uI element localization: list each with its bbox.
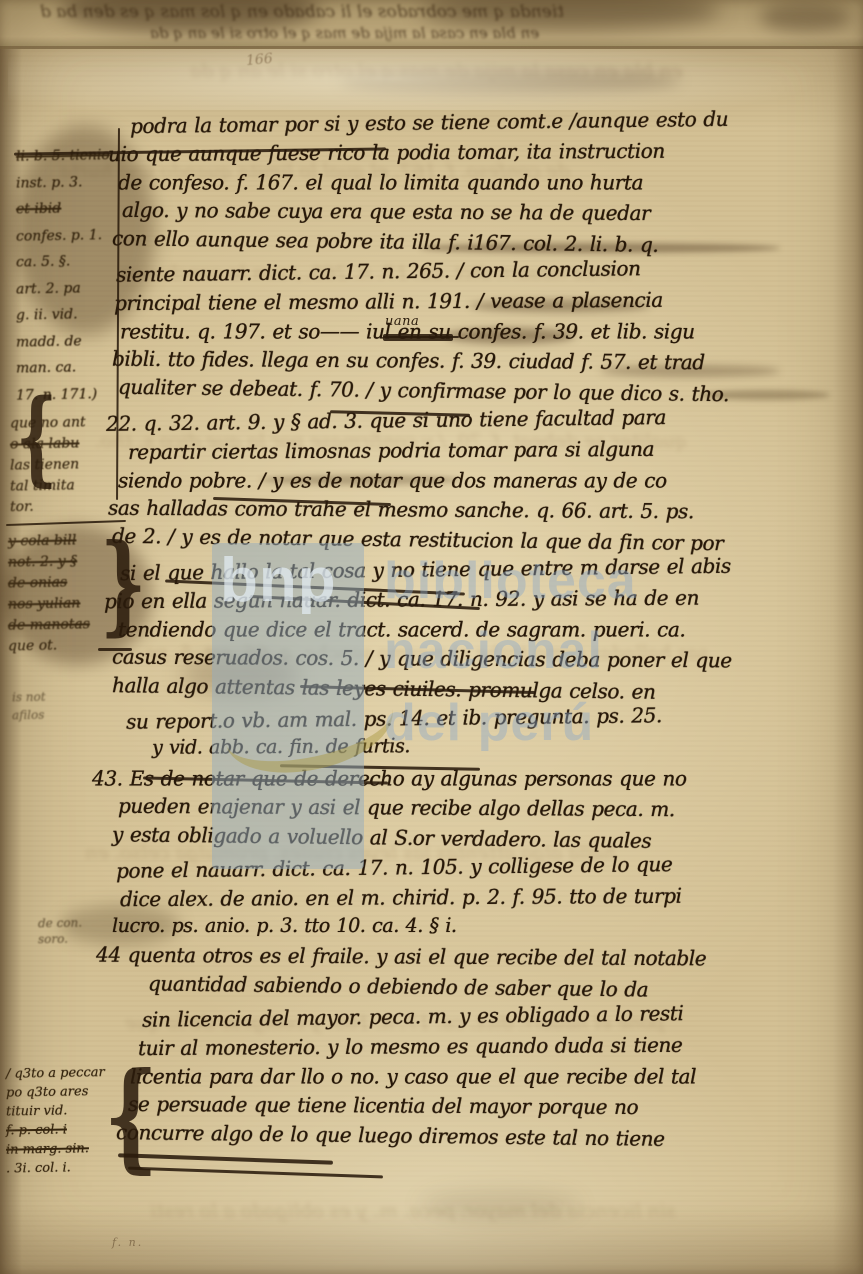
folio-number: 166: [245, 51, 273, 69]
margin-note-line: is not: [12, 690, 46, 705]
margin-note-line: art. 2. pa: [16, 280, 81, 297]
manuscript-line: se persuade que tiene licentia del mayor…: [128, 1091, 638, 1119]
manuscript-page: de confeso. f. 167. el qual lo limita qu…: [0, 0, 863, 1274]
ink-rule-stroke: [98, 648, 132, 651]
manuscript-line: sas halladas como trahe el mesmo sanche.…: [108, 495, 694, 524]
manuscript-line: repartir ciertas limosnas podria tomar p…: [128, 436, 654, 464]
manuscript-line: 44 quenta otros es el fraile. y asi el q…: [96, 942, 706, 971]
margin-note-line: po q3to ares: [6, 1084, 89, 1100]
bottom-marginal-mark: f. n.: [112, 1236, 143, 1249]
margin-note-line: que ot.: [8, 638, 57, 655]
manuscript-line: de confeso. f. 167. el qual lo limita qu…: [118, 169, 643, 194]
manuscript-line: lucro. ps. anio. p. 3. tto 10. ca. 4. § …: [112, 914, 457, 937]
manuscript-line: licentia para dar llo o no. y caso que e…: [130, 1063, 696, 1088]
margin-note-line: ca. 5. §.: [16, 254, 71, 271]
manuscript-line: casus reseruados. cos. 5. / y que dilige…: [112, 644, 732, 673]
manuscript-line: y vid. abb. ca. fin. de furtis.: [152, 735, 410, 759]
paper-clean-band: [8, 48, 855, 110]
ink-stain: [420, 1190, 580, 1220]
bleedthrough-text: tienda q me cobrados el li cabado en q l…: [40, 2, 564, 22]
margin-note-line: afilos: [12, 708, 45, 723]
interlinear-note: uana: [385, 314, 419, 329]
margin-note-line: tor.: [10, 499, 34, 515]
ink-rule-stroke: [383, 336, 459, 338]
manuscript-line: dice alex. de anio. en el m. chirid. p. …: [120, 883, 682, 911]
ink-brace: }: [100, 519, 146, 647]
margin-note-line: y cola bill: [8, 532, 77, 549]
margin-note-line: et ibid: [16, 201, 62, 218]
bleedthrough-text: en bla en casa la mija de mas q el otro …: [150, 24, 539, 42]
margin-note-line: . 3i. col. i.: [6, 1160, 71, 1176]
margin-note-line: de onias: [8, 574, 67, 591]
margin-note-line: g. ii. vid.: [16, 306, 78, 323]
margin-note-line: nos yulian: [8, 595, 81, 612]
margin-note-line: tituir vid.: [6, 1103, 68, 1119]
margin-note-line: f. p. col. i: [6, 1122, 67, 1138]
manuscript-line: algo. y no sabe cuya era que esta no se …: [122, 197, 650, 225]
margin-note-line: man. ca.: [16, 359, 76, 376]
manuscript-line: bibli. tto fides. llega en su confes. f.…: [112, 346, 705, 375]
manuscript-line: pueden enajenar y asi el que recibe algo…: [118, 793, 675, 821]
margin-note-line: de con.: [38, 916, 82, 931]
margin-note-line: soro.: [38, 932, 68, 947]
manuscript-line: principal tiene el mesmo alli n. 191. / …: [114, 287, 663, 315]
margin-note-line: in marg. sin.: [6, 1141, 89, 1157]
ink-brace: {: [16, 378, 57, 498]
ink-brace: {: [104, 1046, 158, 1185]
manuscript-line: tuir al monesterio. y lo mesmo es quando…: [138, 1032, 682, 1060]
margin-note-line: confes. p. 1.: [16, 227, 102, 244]
previous-leaf-edge: tienda q me cobrados el li cabado en q l…: [0, 0, 863, 49]
margin-note-line: li. b. 5. tienio: [16, 147, 110, 165]
manuscript-line: siendo pobre. / y es de notar que dos ma…: [118, 467, 667, 492]
margin-note-line: not. 2. y §: [8, 553, 77, 570]
margin-note-line: madd. de: [16, 333, 82, 350]
manuscript-line: tendiendo que dice el tract. sacerd. de …: [118, 616, 685, 641]
margin-note-line: inst. p. 3.: [16, 174, 83, 191]
margin-note-line: de manotas: [8, 616, 90, 633]
margin-note-line: / q3to a peccar: [6, 1065, 105, 1082]
